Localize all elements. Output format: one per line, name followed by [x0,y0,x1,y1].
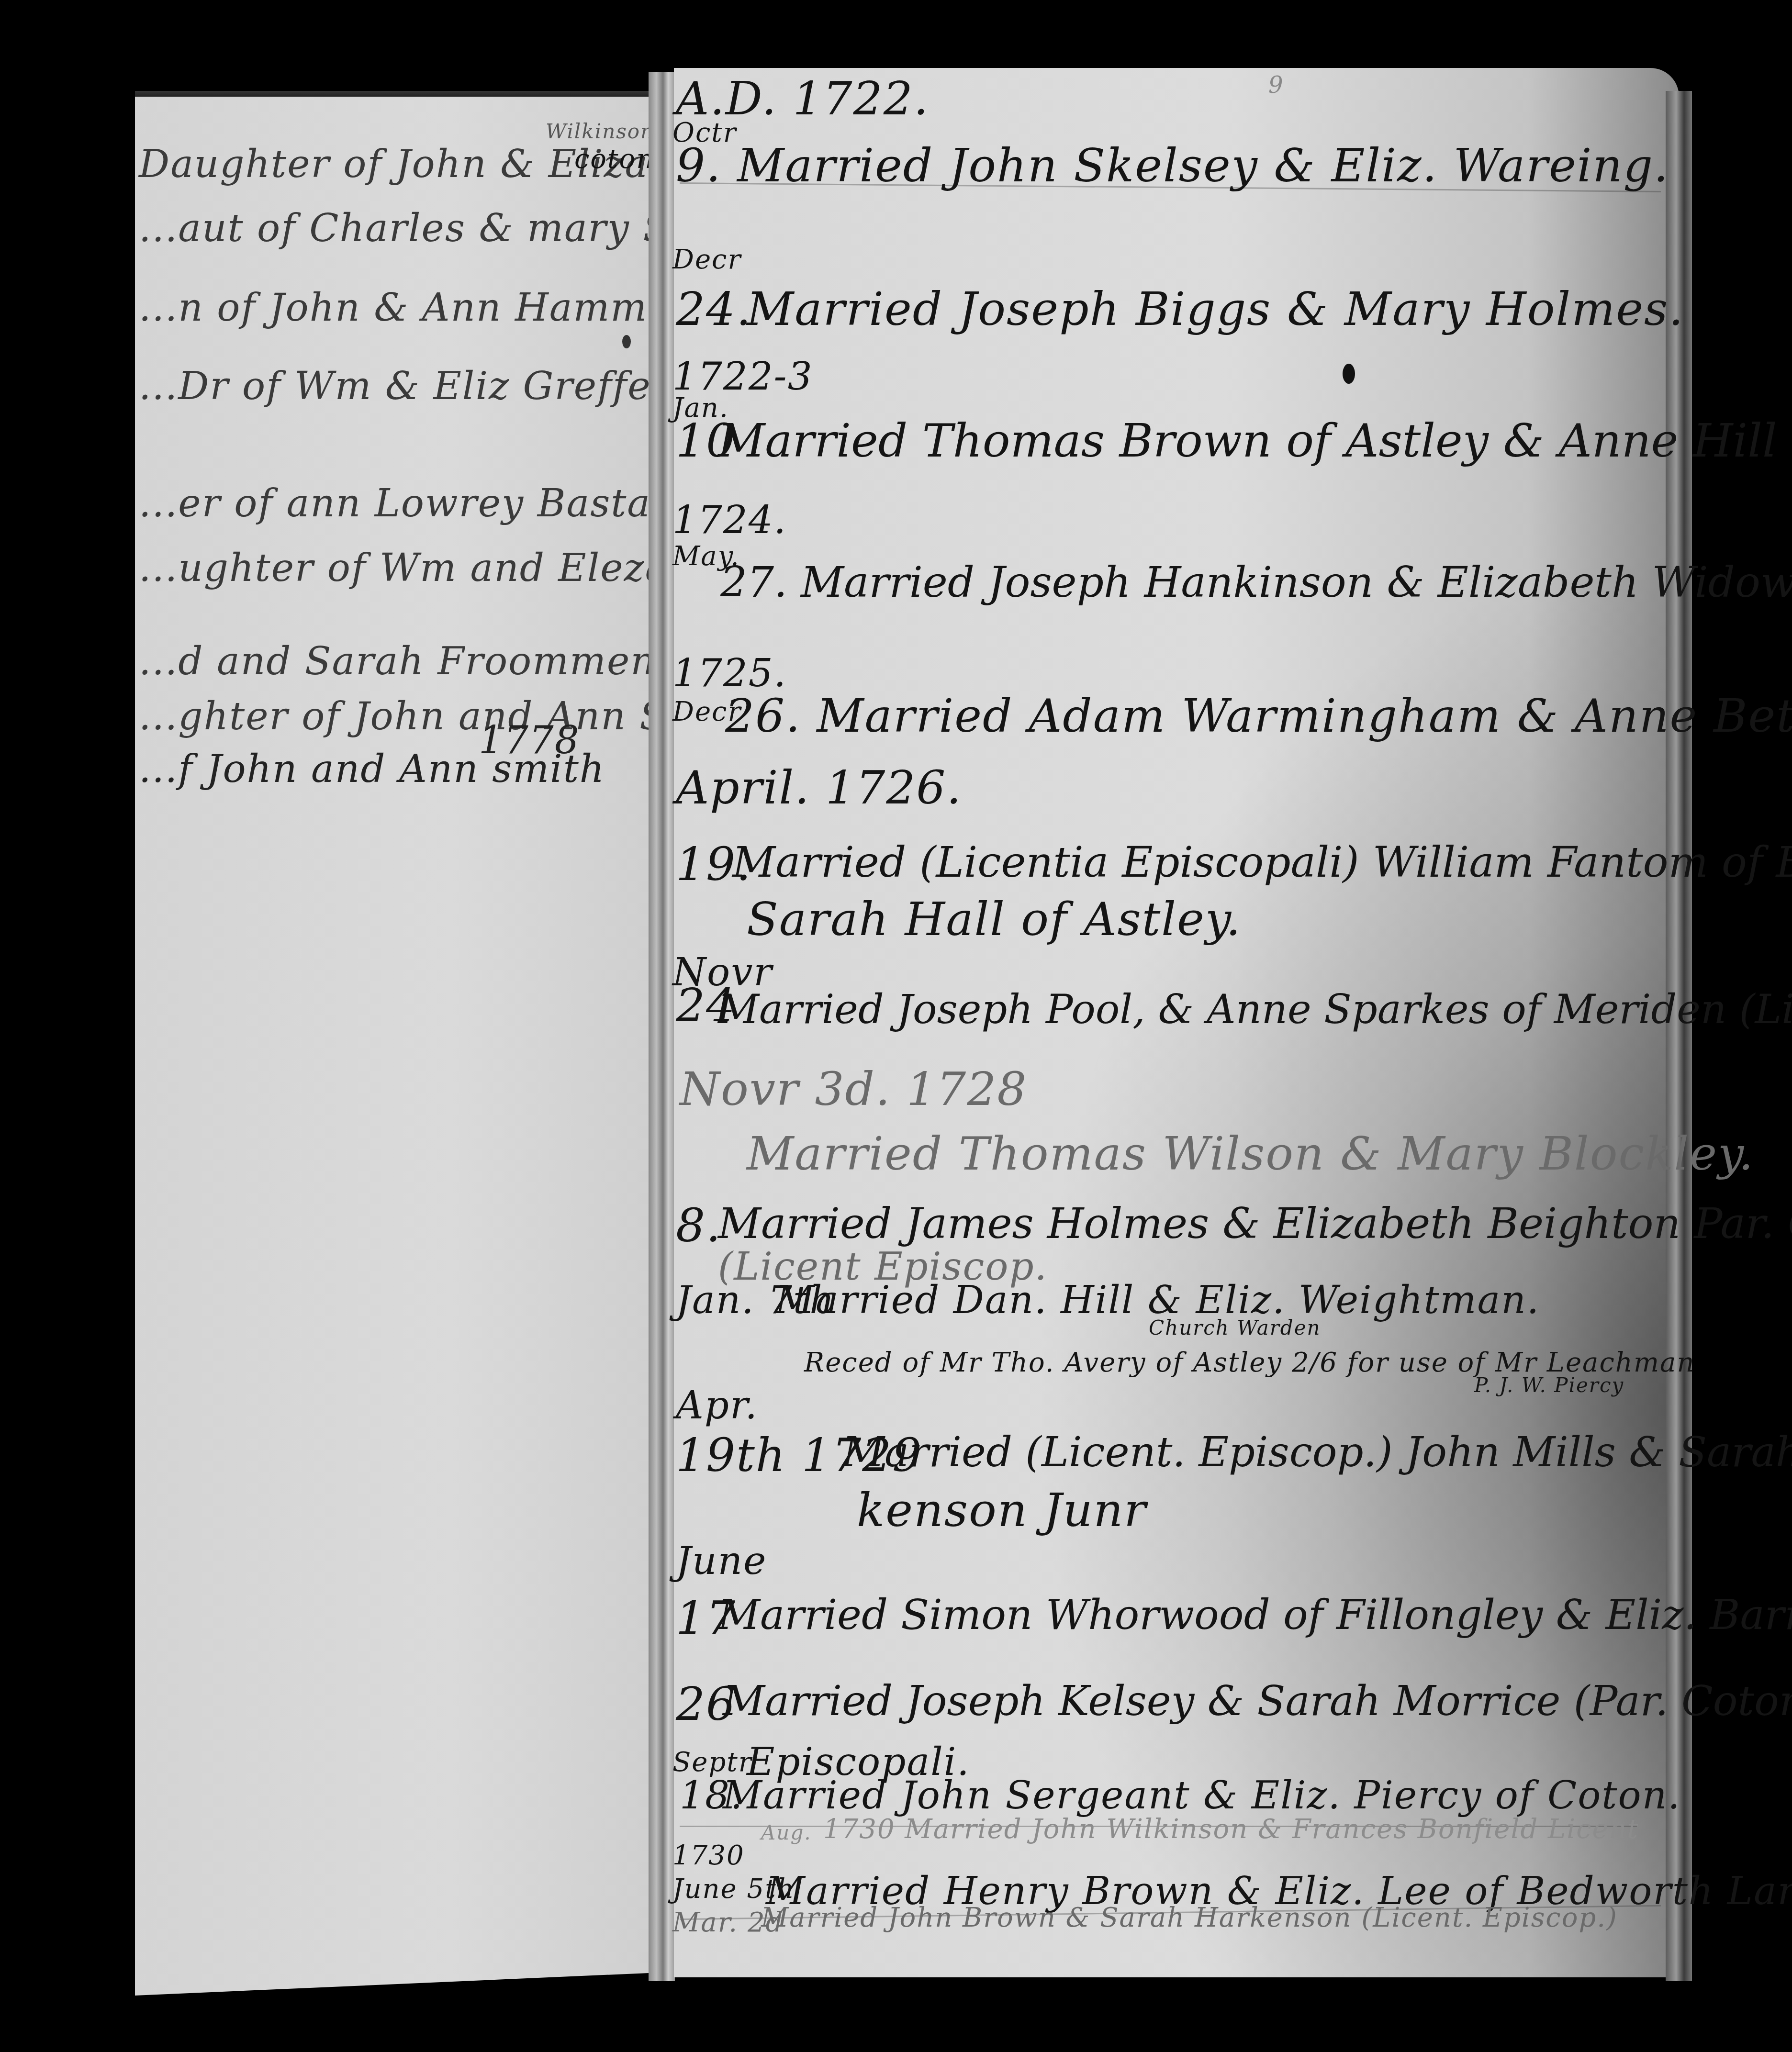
entry-text: 26. Married Adam Warmingham & Anne Betty… [725,689,1792,743]
entry-margin-month: Decr [672,244,741,275]
left-line: ...er of ann Lowrey Bastard [139,481,696,525]
left-line: ...Dr of Wm & Eliz Greffes [139,364,672,408]
date-heading: Novr 3d. 1728 [680,1062,1027,1116]
entry-text-continued: kenson Junr [857,1483,1147,1537]
entry-text-faded: 1730 Married John Wilkinson & Frances Bo… [823,1814,1639,1845]
ink-blot [1343,364,1355,384]
entry-text: Married John Skelsey & Eliz. Wareing. [737,139,1669,192]
year-heading: 1724. [672,498,787,542]
entry-text: Married John Sergeant & Eliz. Piercy of … [723,1773,1681,1818]
entry-date: 8. [676,1199,722,1252]
left-line: ...n of John & Ann Hammans [139,285,718,330]
page-number-mark: 9 [1268,72,1284,99]
left-line: ...f John and Ann smith [139,747,605,791]
entry-date: 24. [676,282,752,336]
entry-date: 9. [676,139,722,192]
entry-margin-month: Aug. [761,1821,812,1844]
entry-text: Married (Licentia Episcopali) William Fa… [732,837,1792,887]
entry-text: 27. Married Joseph Hankinson & Elizabeth… [720,558,1792,607]
year-heading: 1730 [672,1840,745,1871]
year-heading: April. 1726. [676,761,962,814]
entry-text: Married James Holmes & Elizabeth Beighto… [718,1199,1792,1248]
entry-text: Married John Brown & Sarah Harkenson (Li… [761,1902,1618,1933]
church-warden-note: Church Warden [1149,1316,1321,1339]
entry-text: Married Thomas Wilson & Mary Blockley. [747,1127,1754,1181]
entry-text: Married Thomas Brown of Astley & Anne Hi… [718,414,1792,468]
entry-text: Married (Licent. Episcop.) John Mills & … [842,1428,1792,1476]
signature: P. J. W. Piercy [1474,1373,1624,1397]
binding-gutter [649,72,675,1981]
entry-text-continued: Sarah Hall of Astley. [747,892,1242,946]
entry-text: Married Joseph Biggs & Mary Holmes. [747,282,1684,336]
entry-text: Married Joseph Pool, & Anne Sparkes of M… [718,986,1792,1033]
entry-margin-month: Apr. [676,1383,758,1427]
ink-blot [622,335,631,348]
left-line-annotation: Wilkinson [546,120,654,143]
left-line-annotation: coton [574,144,654,175]
left-line: ...d and Sarah Froommen [139,639,656,683]
entry-text: Married Joseph Kelsey & Sarah Morrice (P… [723,1677,1792,1725]
entry-margin-month: June [676,1539,767,1583]
page-top-shadow [135,72,657,97]
entry-text: Married Simon Whorwood of Fillongley & E… [718,1591,1792,1639]
